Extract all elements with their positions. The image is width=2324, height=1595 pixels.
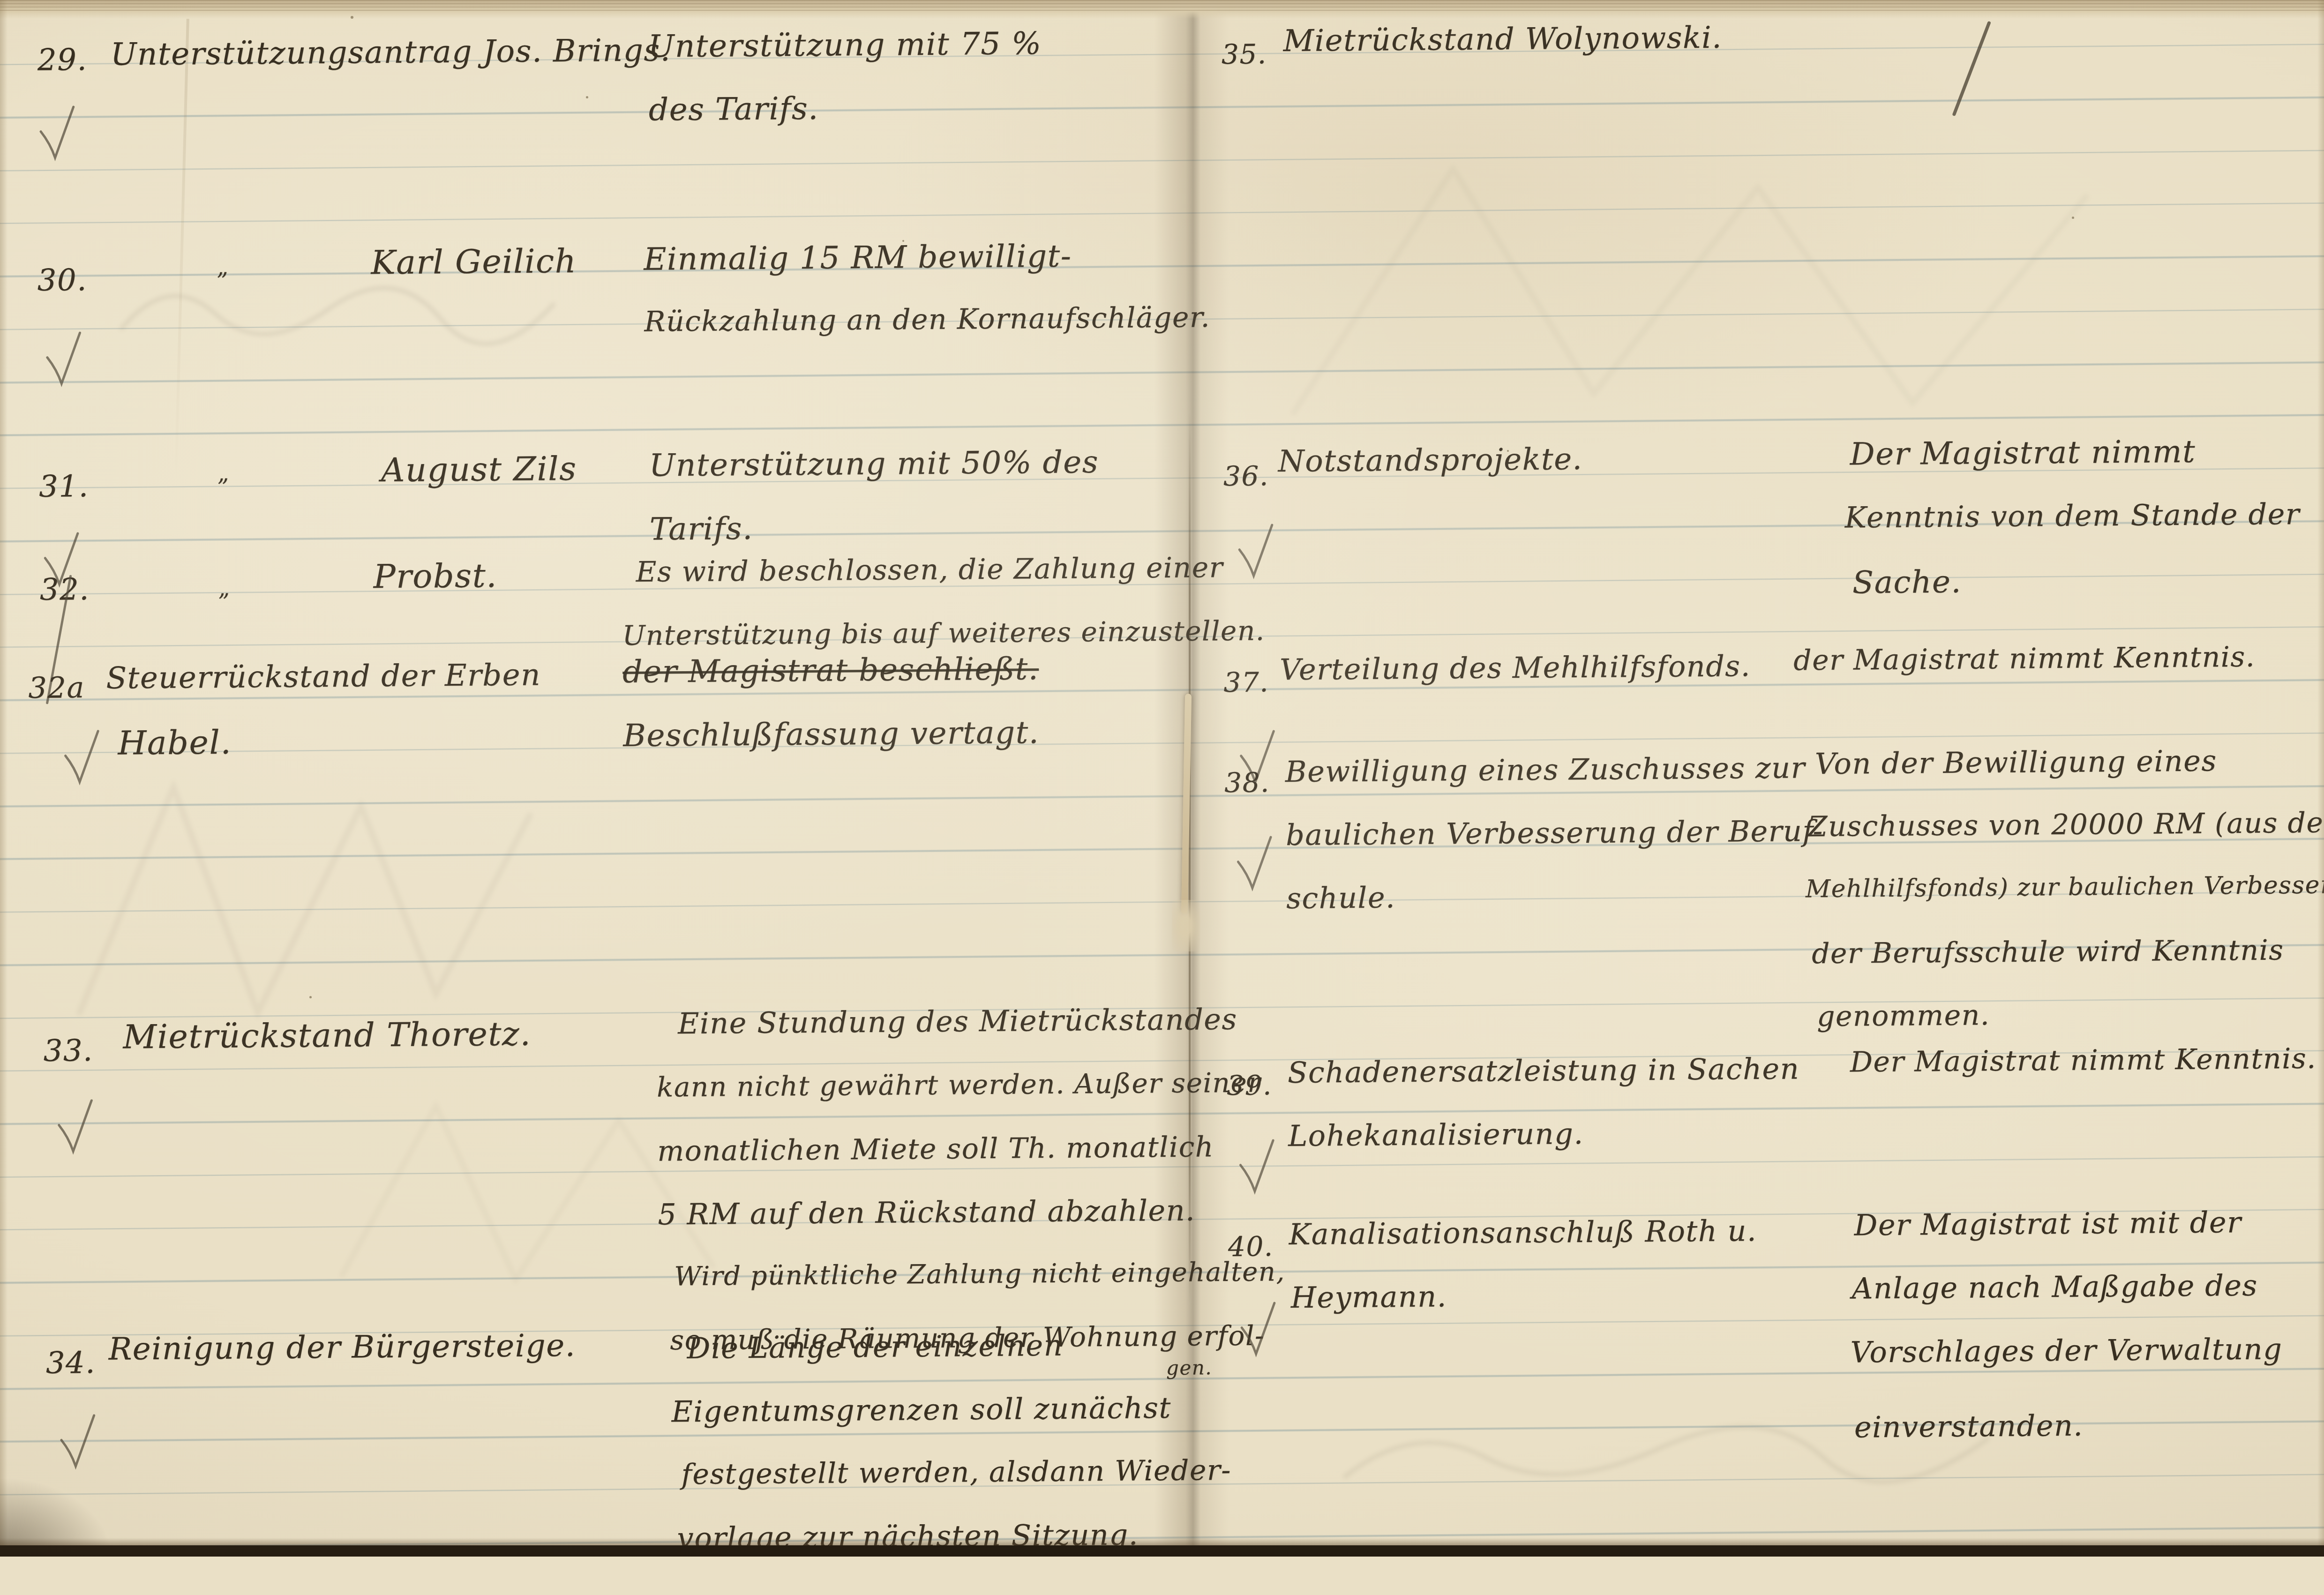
ditto-mark: ” — [217, 476, 229, 499]
entry-decision-line: Unterstützung mit 75 % — [648, 28, 1042, 62]
dash-mark-icon — [1949, 19, 1994, 120]
entry-decision-line: Einmalig 15 RM bewilligt- — [644, 240, 1072, 275]
ink-speck — [2072, 217, 2074, 219]
check-icon — [61, 726, 102, 786]
entry-decision-line: 5 RM auf den Rückstand abzahlen. — [658, 1196, 1195, 1229]
entry-subject-line: Heymann. — [1290, 1282, 1447, 1312]
entry-decision-line: Von der Bewilligung eines — [1815, 746, 2217, 779]
entry-decision-line: Die Länge der einzelnen — [687, 1331, 1063, 1363]
entry-decision-line: gen. — [1166, 1358, 1212, 1378]
entry-subject-line: Kanalisationsanschluß Roth u. — [1289, 1216, 1757, 1249]
entry-decision-line: genommen. — [1817, 1001, 1990, 1031]
ditto-mark: ” — [216, 270, 228, 292]
entry-subject-line: schule. — [1286, 883, 1396, 913]
entry-decision-line: Kenntnis von dem Stande der — [1844, 500, 2300, 532]
entry-number: 30. — [37, 265, 87, 296]
entry-subject-line: Steuerrückstand der Erben — [106, 660, 541, 693]
entry-decision-line: Beschlußfassung vertagt. — [623, 717, 1039, 751]
entry-decision-line: Der Magistrat nimmt Kenntnis. — [1850, 1045, 2317, 1077]
entry-decision-line: der Magistrat beschließt. — [622, 653, 1039, 688]
check-icon — [1238, 1298, 1279, 1358]
entry-number: 37. — [1223, 668, 1269, 696]
check-icon — [1234, 832, 1275, 892]
page-left-edge — [0, 0, 7, 1557]
ink-speck — [902, 240, 904, 242]
entry-number: 35. — [1222, 40, 1267, 68]
entry-subject-line: Probst. — [373, 559, 497, 593]
entry-decision-line: Rückzahlung an den Kornaufschläger. — [644, 303, 1210, 336]
book-top-page-edges — [0, 0, 2324, 12]
entry-number: 32a — [28, 673, 85, 703]
entry-subject-line: Reinigung der Bürgersteige. — [108, 1330, 576, 1365]
entry-decision-line: Unterstützung mit 50% des — [649, 447, 1099, 481]
entry-decision-line: Zuschusses von 20000 RM (aus dem — [1808, 809, 2324, 841]
entry-decision-line: des Tarifs. — [649, 93, 819, 126]
entry-number: 33. — [43, 1036, 93, 1066]
ledger-spread: 29.Unterstützungsantrag Jos. Brings.Unte… — [0, 0, 2324, 1557]
entry-number: 38. — [1224, 769, 1270, 796]
ink-speck — [1507, 450, 1509, 452]
entry-number: 36. — [1223, 462, 1269, 490]
ditto-mark: ” — [218, 591, 230, 614]
entry-decision-line: Anlage nach Maßgabe des — [1852, 1271, 2258, 1303]
entry-subject-line: Habel. — [118, 726, 232, 760]
entry-decision-line: Eine Stundung des Mietrückstandes — [678, 1005, 1237, 1038]
entry-subject-line: Mietrückstand Wolynowski. — [1283, 23, 1722, 56]
entry-decision-line: Tarifs. — [650, 513, 753, 545]
entry-subject-line: Bewilligung eines Zuschusses zur — [1285, 753, 1806, 786]
entry-number: 29. — [37, 45, 88, 75]
entry-number: 34. — [45, 1348, 96, 1378]
entry-decision-line: festgestellt werden, alsdann Wieder- — [681, 1456, 1231, 1489]
entry-number: 31. — [39, 472, 89, 502]
entry-decision-line: kann nicht gewährt werden. Außer seiner — [657, 1069, 1261, 1101]
entry-decision-line: monatlichen Miete soll Th. monatlich — [657, 1133, 1214, 1165]
entry-decision-line: Mehlhilfsfonds) zur baulichen Verbesseru… — [1806, 873, 2324, 902]
entry-subject-line: baulichen Verbesserung der Beruf- — [1286, 816, 1823, 850]
entry-decision-line: Der Magistrat nimmt — [1850, 436, 2196, 470]
entry-decision-line: Unterstützung bis auf weiteres einzustel… — [622, 617, 1265, 649]
ink-speck — [309, 996, 312, 998]
entry-decision-line: Es wird beschlossen, die Zahlung einer — [636, 554, 1223, 586]
check-icon — [43, 328, 84, 388]
page-right-edge — [2317, 0, 2324, 1557]
entry-subject-line: Notstandsprojekte. — [1278, 444, 1582, 477]
entry-subject-line: Unterstützungsantrag Jos. Brings. — [111, 35, 671, 70]
entry-decision-line: Wird pünktliche Zahlung nicht eingehalte… — [674, 1259, 1285, 1290]
entry-decision-line: Vorschlages der Verwaltung — [1850, 1334, 2282, 1367]
entry-subject-line: Lohekanalisierung. — [1288, 1119, 1584, 1151]
entry-subject-line: Schadenersatzleistung in Sachen — [1288, 1054, 1800, 1087]
entry-number: 40. — [1228, 1233, 1274, 1260]
entry-subject-line: Karl Geilich — [371, 245, 577, 279]
entry-decision-line: Sache. — [1852, 567, 1962, 599]
entry-number: 39. — [1227, 1071, 1272, 1099]
check-icon — [1237, 1136, 1277, 1195]
check-icon — [1236, 520, 1276, 580]
check-icon — [58, 1411, 98, 1470]
desk-dark-edge — [0, 1545, 2324, 1557]
ink-speck — [351, 16, 353, 19]
entry-subject-line: Verteilung des Mehlhilfsfonds. — [1280, 651, 1751, 684]
entry-subject-line: August Zils — [381, 452, 577, 487]
handwriting-layer: 29.Unterstützungsantrag Jos. Brings.Unte… — [0, 0, 2324, 1557]
check-icon — [55, 1096, 96, 1155]
ink-speck — [586, 96, 588, 98]
entry-decision-line: Der Magistrat ist mit der — [1854, 1208, 2242, 1240]
check-icon — [37, 102, 78, 162]
entry-decision-line: der Magistrat nimmt Kenntnis. — [1793, 643, 2256, 675]
entry-decision-line: einverstanden. — [1854, 1411, 2084, 1442]
entry-decision-line: Eigentumsgrenzen soll zunächst — [671, 1393, 1171, 1426]
entry-decision-line: der Berufsschule wird Kenntnis — [1812, 936, 2284, 968]
entry-subject-line: Mietrückstand Thoretz. — [123, 1018, 531, 1054]
